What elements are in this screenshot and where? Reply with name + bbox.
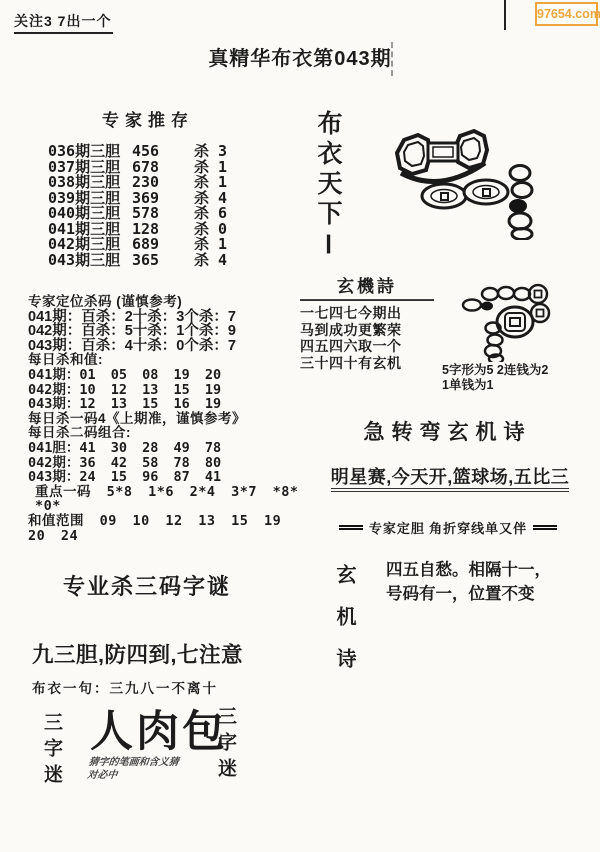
xuanji-poem-line: 四五自愁。相隔十一， <box>386 559 572 583</box>
sum-range-line: 和值范围 09 10 12 13 15 19 20 24 <box>28 514 304 543</box>
period-label: 043期三胆 <box>48 253 132 269</box>
mystic-poem-line: 四五四六取一个 <box>300 338 434 355</box>
daily-sum-kill-row: 043期：12 13 15 16 19 <box>28 397 304 412</box>
expert-pick-footer-text: 专家定胆 角折穿线单又伴 <box>369 518 527 537</box>
daily-two-code-row: 043期：24 15 96 87 41 <box>28 470 304 485</box>
mystic-poem-section: 玄機詩 一七四七今期出 马到成功更繁荣 四五四六取一个 三十四十有玄机 <box>300 272 434 371</box>
daily-sum-kill-title: 每日杀和值: <box>28 353 304 368</box>
divider-line <box>300 299 434 300</box>
divider-bar-left <box>339 525 363 530</box>
scan-line-artifact <box>504 0 506 30</box>
three-code-riddle-line: 九三胆,防四到,七注意 <box>32 638 243 669</box>
position-kill-title: 专家定位杀码 (谨慎参考) <box>28 295 304 310</box>
three-char-label-right: 三字迷 <box>212 706 239 784</box>
buyi-coins-illustration <box>392 126 547 245</box>
kill-number: 杀 4 <box>194 253 227 269</box>
xuanji-poem-text: 四五自愁。相隔十一， 号码有一，位置不变 <box>386 559 572 606</box>
kill-codes-section: 专家定位杀码 (谨慎参考) 041期：百杀：2十杀：3个杀：7 042期：百杀：… <box>28 295 304 543</box>
three-char-note-line: 对必中 <box>87 769 178 782</box>
daily-two-code-title: 每日杀二码组合: <box>28 426 304 441</box>
sharp-turn-title: 急转弯玄机诗 <box>300 416 595 446</box>
expert-history-table: 036期三胆 456 杀 3 037期三胆 678 杀 1 038期三胆 230… <box>28 144 304 268</box>
coin-legend-caption-2: 1单钱为1 <box>442 378 548 393</box>
three-code-riddle-title: 专业杀三码字谜 <box>42 570 252 601</box>
top-note: 关注3 7出一个 <box>14 11 113 34</box>
brand-vertical-title: 布衣天下Ⅰ <box>310 110 346 264</box>
three-char-label-left: 三字迷 <box>38 712 65 790</box>
daily-two-code-row: 041胆：41 30 28 49 78 <box>28 441 304 456</box>
mystic-poem-line: 马到成功更繁荣 <box>300 322 434 339</box>
xuanji-poem-line: 号码有一，位置不变 <box>386 583 572 607</box>
position-kill-row: 041期：百杀：2十杀：3个杀：7 <box>28 310 304 325</box>
xuanji-vertical-title: 玄机诗 <box>330 564 359 690</box>
three-char-note-line: 猜字的笔画和含义猜 <box>88 756 179 769</box>
position-kill-row: 042期：百杀：5十杀：1个杀：9 <box>28 324 304 339</box>
table-row: 043期三胆 365 杀 4 <box>48 253 304 269</box>
divider-bar-right <box>533 525 557 530</box>
sharp-turn-riddle-text: 明星赛,今天开,篮球场,五比三 <box>331 467 570 492</box>
page-title: 真精华布衣第043期 <box>0 42 600 71</box>
daily-sum-kill-row: 042期：10 12 13 15 19 <box>28 383 304 398</box>
daily-two-code-row: 042期：36 42 58 78 80 <box>28 456 304 471</box>
daily-sum-kill-row: 041期：01 05 08 19 20 <box>28 368 304 383</box>
scan-dash-artifact <box>391 42 393 76</box>
key-one-code-line: 重点一码 5*8 1*6 2*4 3*7 *8* *0* <box>28 485 304 514</box>
site-watermark: 97654.com <box>535 2 598 26</box>
sharp-turn-riddle: 明星赛,今天开,篮球场,五比三 <box>300 463 600 489</box>
coin-legend-illustration <box>452 282 570 367</box>
buyi-sentence: 布衣一句：三九八一不离十 <box>32 677 218 697</box>
three-char-note: 猜字的笔画和含义猜 对必中 <box>87 756 180 782</box>
coin-legend-caption-1: 5字形为5 2连钱为2 <box>442 363 548 378</box>
three-char-riddle-word: 人肉包 <box>90 698 228 759</box>
left-column: 专家推存 036期三胆 456 杀 3 037期三胆 678 杀 1 038期三… <box>28 106 304 543</box>
pick-numbers: 365 <box>132 253 178 269</box>
coin-legend-captions: 5字形为5 2连钱为2 1单钱为1 <box>442 363 548 393</box>
lottery-tips-sheet: 关注3 7出一个 97654.com 真精华布衣第043期 专家推存 036期三… <box>0 0 600 852</box>
expert-pick-footer: 专家定胆 角折穿线单又伴 <box>300 518 596 537</box>
mystic-poem-line: 三十四十有玄机 <box>300 355 434 372</box>
expert-section-title: 专家推存 <box>28 106 268 131</box>
mystic-poem-title: 玄機詩 <box>300 272 434 301</box>
mystic-poem-line: 一七四七今期出 <box>300 305 434 322</box>
